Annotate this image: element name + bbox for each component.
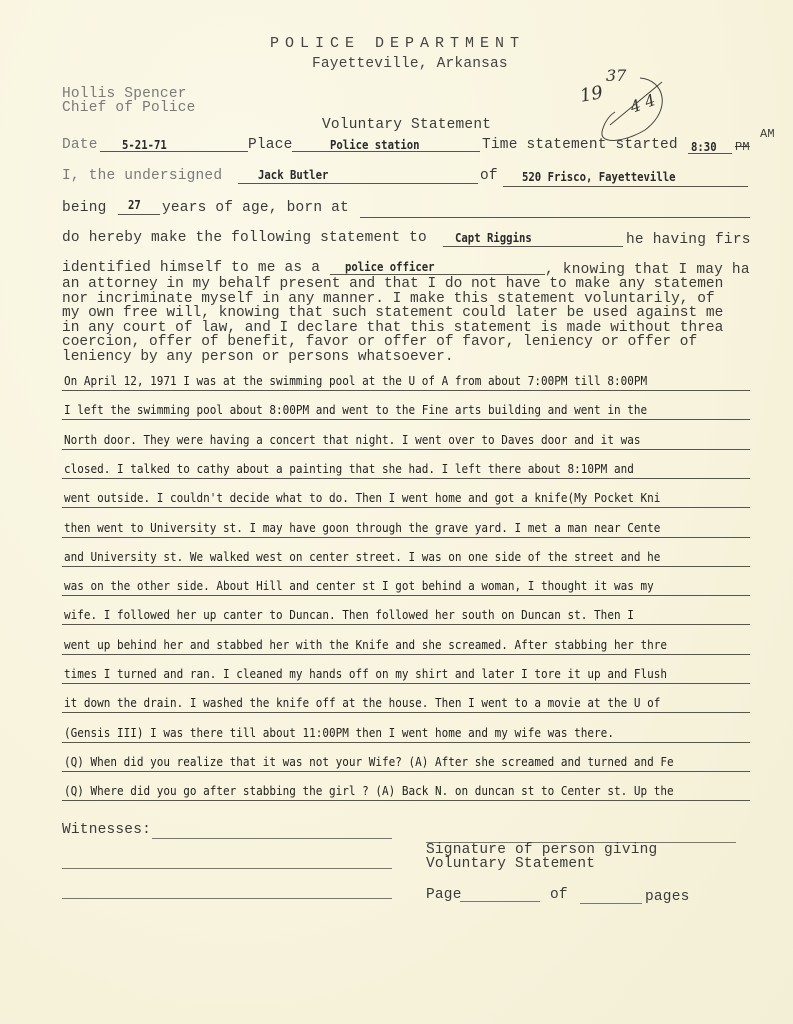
form-title: Voluntary Statement (322, 117, 491, 133)
signature-label-2: Voluntary Statement (426, 856, 595, 872)
total-pages-field[interactable] (580, 903, 642, 904)
statement-underline (62, 449, 750, 450)
time-underline (688, 153, 732, 154)
of-label: of (480, 168, 498, 184)
undersigned-label: I, the undersigned (62, 168, 222, 184)
statement-line: closed. I talked to cathy about a painti… (64, 462, 634, 477)
statement-underline (62, 683, 750, 684)
statement-underline (62, 478, 750, 479)
age-underline (118, 214, 160, 215)
time-pm-label: PM (735, 140, 750, 154)
having-label: he having firs (626, 232, 751, 248)
identified-label: identified himself to me as a (62, 260, 320, 276)
rights-line: nor incriminate myself in any manner. I … (62, 292, 723, 307)
statement-underline (62, 595, 750, 596)
officer-title-value[interactable]: police officer (345, 259, 435, 274)
statement-underline (62, 390, 750, 391)
statement-line: North door. They were having a concert t… (64, 433, 640, 448)
page-number-field[interactable] (460, 901, 540, 902)
page-of-label: of (550, 887, 568, 903)
witness-line-1[interactable] (152, 838, 392, 839)
pages-label: pages (645, 889, 690, 905)
statement-underline (62, 507, 750, 508)
statement-underline (62, 566, 750, 567)
rights-line: an attorney in my behalf present and tha… (62, 277, 723, 292)
rights-line: leniency by any person or persons whatso… (62, 350, 723, 365)
statement-line: went up behind her and stabbed her with … (64, 638, 667, 653)
time-am-label: AM (760, 127, 775, 141)
time-label: Time statement started (482, 137, 678, 153)
page-label: Page (426, 887, 462, 903)
witnesses-label: Witnesses: (62, 822, 151, 838)
age-suffix-label: years of age, born at (162, 200, 349, 216)
place-label: Place (248, 137, 293, 153)
name-underline (238, 183, 478, 184)
officer-name-underline (443, 246, 623, 247)
statement-underline (62, 419, 750, 420)
statement-underline (62, 800, 750, 801)
date-value[interactable]: 5-21-71 (122, 137, 167, 152)
statement-line: On April 12, 1971 I was at the swimming … (64, 374, 647, 389)
date-underline (100, 151, 248, 152)
statement-line: (Gensis III) I was there till about 11:0… (64, 726, 614, 741)
witness-line-2[interactable] (62, 868, 392, 869)
statement-underline (62, 712, 750, 713)
officer-name-value[interactable]: Capt Riggins (455, 230, 532, 245)
statement-line: and University st. We walked west on cen… (64, 550, 660, 565)
city-heading: Fayetteville, Arkansas (312, 56, 508, 72)
statement-line: times I turned and ran. I cleaned my han… (64, 667, 667, 682)
statement-underline (62, 654, 750, 655)
statement-line: then went to University st. I may have g… (64, 521, 660, 536)
place-value[interactable]: Police station (330, 137, 420, 152)
age-value[interactable]: 27 (128, 197, 141, 212)
rights-line: coercion, offer of benefit, favor or off… (62, 335, 723, 350)
statement-line: was on the other side. About Hill and ce… (64, 579, 654, 594)
statement-line: it down the drain. I washed the knife of… (64, 696, 660, 711)
name-value[interactable]: Jack Butler (258, 167, 328, 182)
chief-title: Chief of Police (62, 100, 196, 116)
date-label: Date (62, 137, 98, 153)
witness-line-3[interactable] (62, 898, 392, 899)
statement-line: (Q) Where did you go after stabbing the … (64, 784, 674, 799)
statement-to-label: do hereby make the following statement t… (62, 230, 427, 246)
address-underline (503, 186, 748, 187)
address-value[interactable]: 520 Frisco, Fayetteville (522, 169, 676, 184)
birthplace-underline (360, 217, 750, 218)
rights-paragraph: an attorney in my behalf present and tha… (62, 277, 723, 365)
statement-underline (62, 537, 750, 538)
time-value[interactable]: 8:30 (691, 139, 717, 154)
department-heading: POLICE DEPARTMENT (270, 35, 525, 52)
statement-underline (62, 771, 750, 772)
statement-line: went outside. I couldn't decide what to … (64, 491, 660, 506)
statement-underline (62, 624, 750, 625)
place-underline (292, 151, 480, 152)
officer-title-underline (330, 274, 545, 275)
rights-line: my own free will, knowing that such stat… (62, 306, 723, 321)
being-label: being (62, 200, 107, 216)
statement-line: I left the swimming pool about 8:00PM an… (64, 403, 647, 418)
rights-line: in any court of law, and I declare that … (62, 321, 723, 336)
statement-line: (Q) When did you realize that it was not… (64, 755, 674, 770)
statement-underline (62, 742, 750, 743)
statement-line: wife. I followed her up canter to Duncan… (64, 608, 634, 623)
